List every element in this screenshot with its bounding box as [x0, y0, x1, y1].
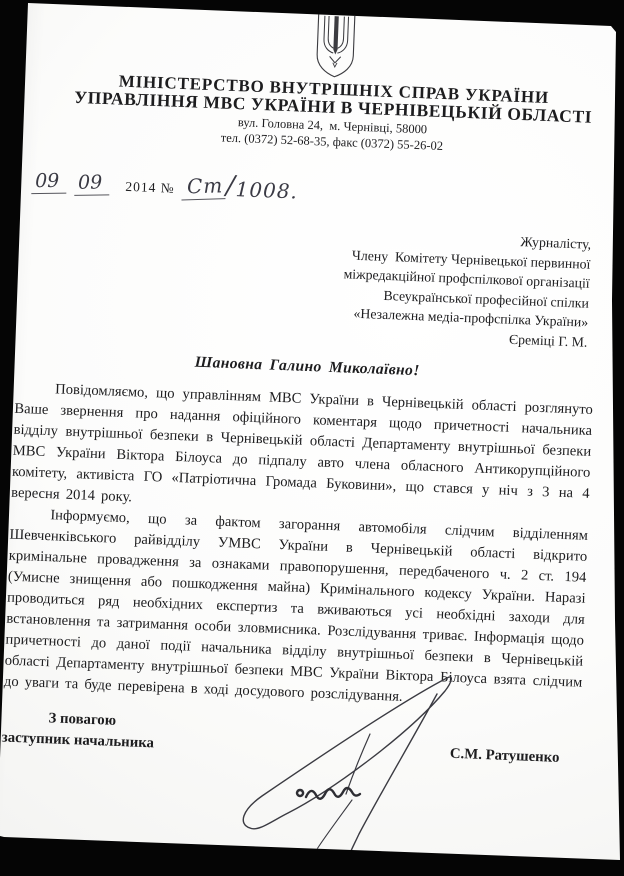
letter-content: МІНІСТЕРСТВО ВНУТРІШНІХ СПРАВ УКРАЇНИ УП…: [0, 3, 614, 870]
handwritten-index: Ст: [180, 173, 225, 200]
ukraine-trident-icon: [305, 14, 365, 80]
scanned-letter: МІНІСТЕРСТВО ВНУТРІШНІХ СПРАВ УКРАЇНИ УП…: [0, 0, 624, 876]
body-paragraph-1: Повідомляємо, що управлінням МВС України…: [11, 378, 593, 526]
closing-block: З повагою заступник начальника С.М. Рату…: [0, 706, 587, 770]
closing-left: З повагою заступник начальника: [1, 707, 155, 755]
handwritten-month: 09: [74, 171, 110, 195]
letter-body: Повідомляємо, що управлінням МВС України…: [4, 378, 594, 715]
handwritten-slash: /: [225, 171, 235, 201]
paper-sheet: МІНІСТЕРСТВО ВНУТРІШНІХ СПРАВ УКРАЇНИ УП…: [0, 0, 624, 876]
signer-name: С.М. Ратушенко: [449, 744, 559, 769]
body-paragraph-2: Інформуємо, що за фактом загорання автом…: [4, 504, 589, 715]
handwritten-day: 09: [31, 170, 67, 194]
closing-position: заступник начальника: [1, 728, 154, 755]
recipient-block: Журналісту, Члену Комітету Чернівецької …: [15, 213, 591, 352]
year-number-label: 2014 №: [125, 179, 175, 197]
handwritten-number: 1008.: [235, 177, 298, 203]
letterhead: МІНІСТЕРСТВО ВНУТРІШНІХ СПРАВ УКРАЇНИ УП…: [39, 4, 624, 160]
reference-line: 09 09 2014 № Ст / 1008.: [31, 159, 608, 215]
